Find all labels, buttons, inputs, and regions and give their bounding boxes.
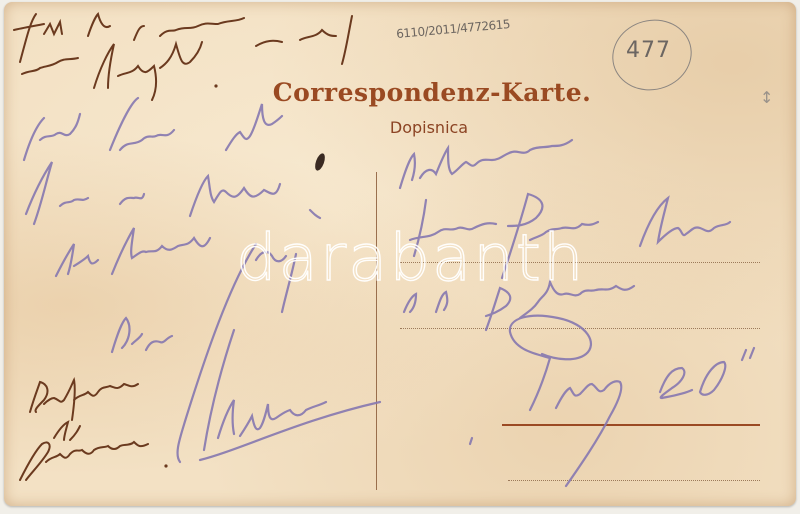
- address-line-2: [400, 328, 760, 329]
- watermark: darabanth: [236, 222, 585, 296]
- address-line-4: [508, 480, 760, 481]
- card-subtitle: Dopisnica: [344, 118, 514, 137]
- circled-number: 477: [626, 38, 671, 63]
- address-line-3: [502, 424, 760, 426]
- corner-pencil-mark-icon: ↕: [760, 88, 773, 107]
- card-title: Correspondenz-Karte.: [252, 78, 612, 107]
- inventory-number: 6110/2011/4772615: [396, 17, 511, 41]
- center-divider: [376, 172, 377, 490]
